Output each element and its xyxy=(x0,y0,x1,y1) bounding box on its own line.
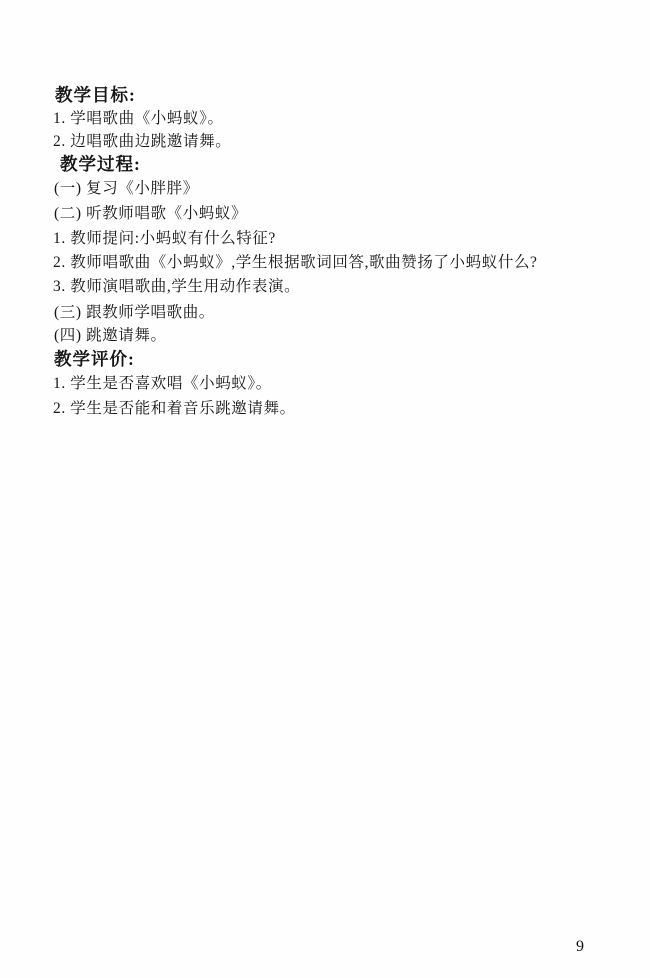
page-number: 9 xyxy=(576,938,584,956)
process-step-2-item-1: 1. 教师提问:小蚂蚁有什么特征? xyxy=(53,230,276,248)
heading-teaching-evaluation: 教学评价: xyxy=(54,350,135,368)
process-step-3: (三) 跟教师学唱歌曲。 xyxy=(54,304,215,322)
scanned-document-page: 教学目标: 1. 学唱歌曲《小蚂蚁》。 2. 边唱歌曲边跳邀请舞。 教学过程: … xyxy=(0,0,650,978)
heading-teaching-process: 教学过程: xyxy=(60,155,141,173)
heading-teaching-objectives: 教学目标: xyxy=(55,86,136,104)
process-step-4: (四) 跳邀请舞。 xyxy=(54,327,167,345)
evaluation-item-2: 2. 学生是否能和着音乐跳邀请舞。 xyxy=(53,400,296,418)
objective-item-1: 1. 学唱歌曲《小蚂蚁》。 xyxy=(53,110,224,128)
process-step-2-item-2: 2. 教师唱歌曲《小蚂蚁》,学生根据歌词回答,歌曲赞扬了小蚂蚁什么? xyxy=(53,254,538,272)
process-step-1: (一) 复习《小胖胖》 xyxy=(54,180,199,198)
process-step-2-item-3: 3. 教师演唱歌曲,学生用动作表演。 xyxy=(53,278,300,296)
evaluation-item-1: 1. 学生是否喜欢唱《小蚂蚁》。 xyxy=(53,375,272,393)
process-step-2: (二) 听教师唱歌《小蚂蚁》 xyxy=(54,205,247,223)
objective-item-2: 2. 边唱歌曲边跳邀请舞。 xyxy=(53,133,231,151)
